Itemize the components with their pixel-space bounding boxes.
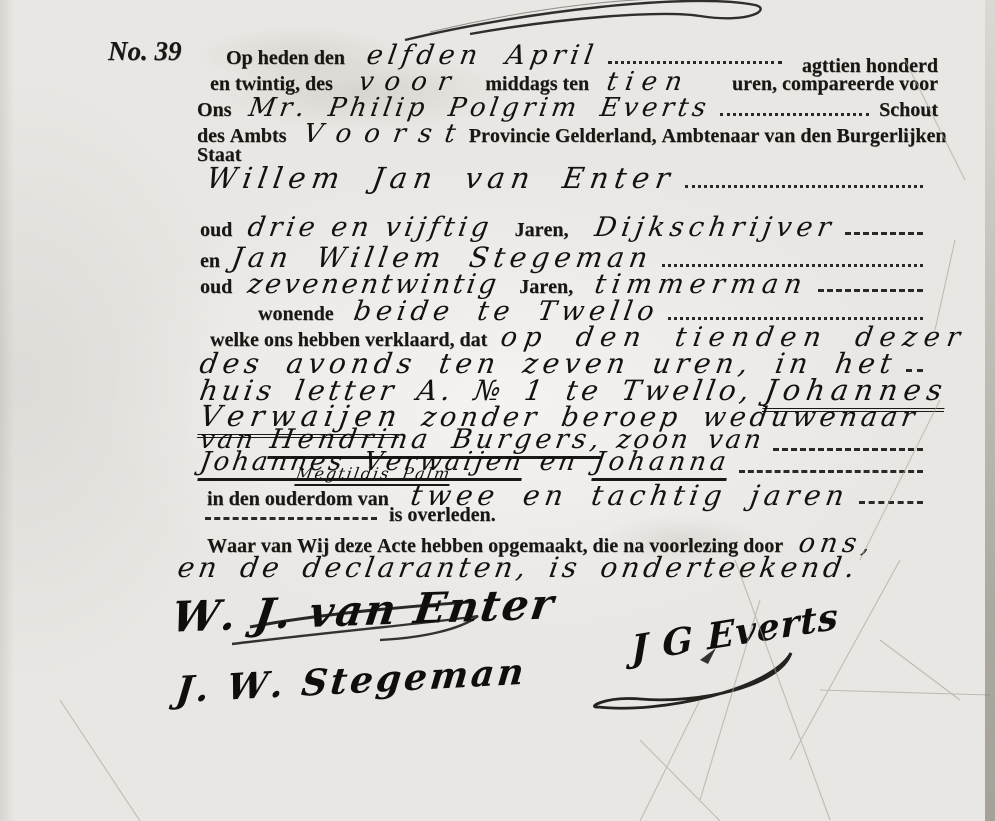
handwritten-ondertekend: en de declaranten, is onderteekend. <box>175 551 861 584</box>
handwritten-district: Voorst <box>302 119 471 149</box>
signature-official: J G Everts <box>631 595 839 670</box>
handwritten-declarant1-name: Willem Jan van Enter <box>204 161 678 195</box>
handwritten-declarant1-occupation: Dijkschrijver <box>592 212 837 243</box>
scan-edge-shadow <box>985 0 995 821</box>
top-pen-flourish-faint <box>430 0 690 32</box>
signature-flourish <box>594 653 791 708</box>
record-number: No. 39 <box>108 36 182 67</box>
dotted-filler <box>608 61 782 64</box>
signature-declarant2: J. W. Stegeman <box>174 651 529 712</box>
dotted-filler <box>720 113 869 116</box>
form-line-declarant1: Willem Jan van Enter <box>207 161 933 195</box>
dashed-filler <box>818 289 923 292</box>
dashed-filler <box>859 501 923 504</box>
death-record-scan: No. 39 Op heden den elfden April agttien… <box>0 0 995 821</box>
form-line-declarant1-age: oud drie en vijftig Jaren, Dijkschrijver <box>200 212 933 243</box>
dotted-filler <box>685 185 923 188</box>
dashed-filler <box>205 517 377 520</box>
printed-jaren: Jaren, <box>515 219 569 242</box>
signature-declarant1: W. J. van Enter <box>169 579 559 642</box>
printed-oud: oud <box>200 219 232 242</box>
form-line-closing2: en de declaranten, is onderteekend. <box>178 551 858 584</box>
handwritten-en: en <box>537 447 580 477</box>
form-line-is-overleden: is overleden. <box>205 504 496 527</box>
printed-oud: oud <box>200 276 232 299</box>
printed-provincie: Provincie Gelderland, Ambtenaar van den … <box>469 125 947 148</box>
handwritten-mother-firstname: Johanna <box>591 447 732 481</box>
printed-is-overleden: is overleden. <box>389 504 496 527</box>
dashed-filler <box>739 470 923 473</box>
dotted-filler <box>662 264 923 267</box>
dashed-filler <box>906 369 923 372</box>
dotted-filler <box>668 317 923 320</box>
dashed-filler <box>845 232 923 235</box>
top-pen-flourish <box>405 1 761 40</box>
handwritten-declarant1-age: drie en vijftig <box>246 212 495 243</box>
form-line-district: des Ambts Voorst Provincie Gelderland, A… <box>197 119 940 149</box>
